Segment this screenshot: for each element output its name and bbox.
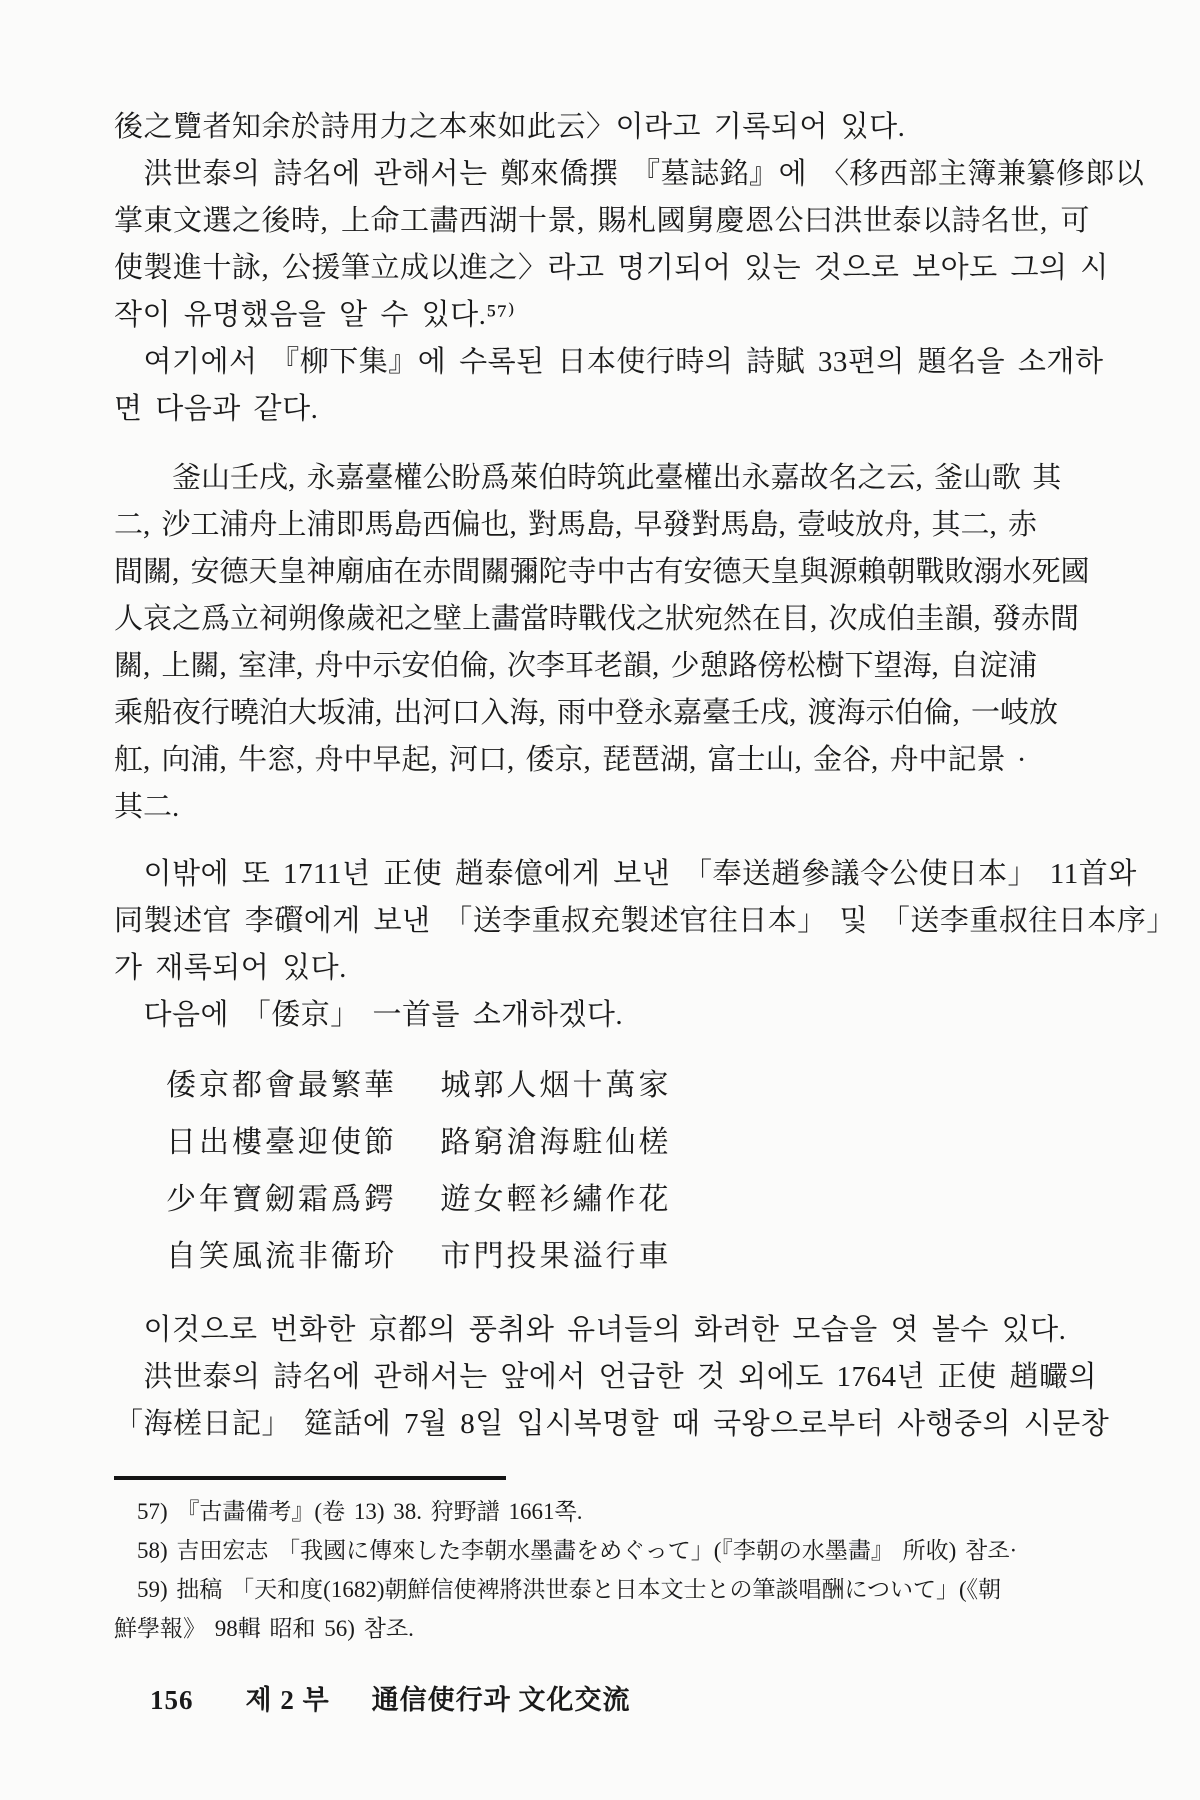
part-label: 제 2 부 — [246, 1678, 330, 1717]
text-line: 면 다음과 같다. — [114, 386, 1092, 433]
text-line: 其二. — [114, 784, 1092, 831]
text-line: 自笑風流非衞玠 市門投果溢行車 — [166, 1228, 1092, 1285]
poem-titles-block-quote: 釜山壬戌, 永嘉臺權公盼爲萊伯時筑此臺權出永嘉故名之云, 釜山歌 其二, 沙工浦… — [114, 455, 1092, 831]
part-title: 通信使行과 文化交流 — [372, 1678, 631, 1717]
text-line: 間關, 安德天皇神廟庙在赤間關彌陀寺中古有安德天皇與源賴朝戰敗溺水死國 — [114, 549, 1092, 596]
text-line: 鮮學報》 98輯 昭和 56) 참조. — [114, 1609, 1092, 1648]
book-page: 後之覽者知余於詩用力之本來如此云〉이라고 기록되어 있다. 洪世泰의 詩名에 관… — [0, 0, 1200, 1800]
text-line: 洪世泰의 詩名에 관해서는 鄭來僑撰 『墓誌銘』에 〈移西部主簿兼纂修郞以 — [114, 151, 1092, 198]
text-line: 다음에 「倭京」 一首를 소개하겠다. — [114, 992, 1092, 1039]
page-number: 156 — [150, 1685, 194, 1716]
text-line: 洪世泰의 詩名에 관해서는 앞에서 언급한 것 외에도 1764년 正使 趙曮의 — [114, 1354, 1092, 1401]
text-line: 59) 拙稿 「天和度(1682)朝鮮信使裨將洪世泰と日本文士との筆談唱酬につい… — [114, 1570, 1092, 1609]
page-footer: 156 제 2 부 通信使行과 文化交流 — [114, 1678, 1092, 1717]
text-line: 가 재록되어 있다. — [114, 945, 1092, 992]
text-line: 작이 유명했음을 알 수 있다.⁵⁷⁾ — [114, 292, 1092, 339]
main-text: 後之覽者知余於詩用力之本來如此云〉이라고 기록되어 있다. 洪世泰의 詩名에 관… — [114, 104, 1092, 1448]
text-line: 人哀之爲立祠朔像歲祀之壁上畵當時戰伐之狀宛然在目, 次成伯圭韻, 發赤間 — [114, 596, 1092, 643]
paragraph-hong-setae-poetic-fame: 洪世泰의 詩名에 관해서는 鄭來僑撰 『墓誌銘』에 〈移西部主簿兼纂修郞以掌東文… — [114, 151, 1092, 339]
paragraph-closing-quote: 後之覽者知余於詩用力之本來如此云〉이라고 기록되어 있다. — [114, 104, 1092, 151]
waegyeong-poem: 倭京都會最繁華 城郭人烟十萬家日出樓臺迎使節 路窮滄海駐仙槎少年寶劒霜爲鍔 遊女… — [166, 1057, 1092, 1285]
text-line: 掌東文選之後時, 上命工畵西湖十景, 賜札國舅慶恩公曰洪世泰以詩名世, 可 — [114, 198, 1092, 245]
text-line: 釜山壬戌, 永嘉臺權公盼爲萊伯時筑此臺權出永嘉故名之云, 釜山歌 其 — [114, 455, 1092, 502]
text-line: 二, 沙工浦舟上浦即馬島西偏也, 對馬島, 早發對馬島, 壹岐放舟, 其二, 赤 — [114, 502, 1092, 549]
text-line: 乘船夜行曉泊大坂浦, 出河口入海, 雨中登永嘉臺壬戌, 渡海示伯倫, 一岐放 — [114, 690, 1092, 737]
text-line: 倭京都會最繁華 城郭人烟十萬家 — [166, 1057, 1092, 1114]
text-line: 이것으로 번화한 京都의 풍취와 유녀들의 화려한 모습을 엿 볼수 있다. — [114, 1307, 1092, 1354]
text-line: 少年寶劒霜爲鍔 遊女輕衫繡作花 — [166, 1171, 1092, 1228]
text-line: 「海槎日記」 筵話에 7월 8일 입시복명할 때 국왕으로부터 사행중의 시문창 — [114, 1401, 1092, 1448]
paragraph-waegyeong-intro: 다음에 「倭京」 一首를 소개하겠다. — [114, 992, 1092, 1039]
text-line: 同製述官 李礥에게 보낸 「送李重叔充製述官往日本」 및 「送李重叔往日本序」 — [114, 898, 1092, 945]
text-line: 後之覽者知余於詩用力之本來如此云〉이라고 기록되어 있다. — [114, 104, 1092, 151]
text-line: 使製進十詠, 公援筆立成以進之〉라고 명기되어 있는 것으로 보아도 그의 시 — [114, 245, 1092, 292]
paragraph-1711-envoy-poems: 이밖에 또 1711년 正使 趙泰億에게 보낸 「奉送趙參議令公使日本」 11首… — [114, 851, 1092, 992]
footnote-separator-rule — [114, 1476, 506, 1480]
text-line: 舡, 向浦, 牛窓, 舟中早起, 河口, 倭京, 琵琶湖, 富士山, 金谷, 舟… — [114, 737, 1092, 784]
text-line: 57) 『古畵備考』(卷 13) 38. 狩野譜 1661쪽. — [114, 1492, 1092, 1531]
text-line: 58) 吉田宏志 「我國に傳來した李朝水墨畵をめぐって」(『李朝の水墨畵』 所收… — [114, 1531, 1092, 1570]
text-line: 여기에서 『柳下集』에 수록된 日本使行時의 詩賦 33편의 題名을 소개하 — [114, 339, 1092, 386]
text-line: 關, 上關, 室津, 舟中示安伯倫, 次李耳老韻, 少憩路傍松樹下望海, 自淀浦 — [114, 643, 1092, 690]
text-line: 이밖에 또 1711년 正使 趙泰億에게 보낸 「奉送趙參議令公使日本」 11首… — [114, 851, 1092, 898]
paragraph-yuhajip-intro: 여기에서 『柳下集』에 수록된 日本使行時의 詩賦 33편의 題名을 소개하면 … — [114, 339, 1092, 433]
footnotes-section: 57) 『古畵備考』(卷 13) 38. 狩野譜 1661쪽. 58) 吉田宏志… — [114, 1492, 1092, 1648]
paragraph-kyoto-conclusion: 이것으로 번화한 京都의 풍취와 유녀들의 화려한 모습을 엿 볼수 있다. 洪… — [114, 1307, 1092, 1448]
text-line: 日出樓臺迎使節 路窮滄海駐仙槎 — [166, 1114, 1092, 1171]
